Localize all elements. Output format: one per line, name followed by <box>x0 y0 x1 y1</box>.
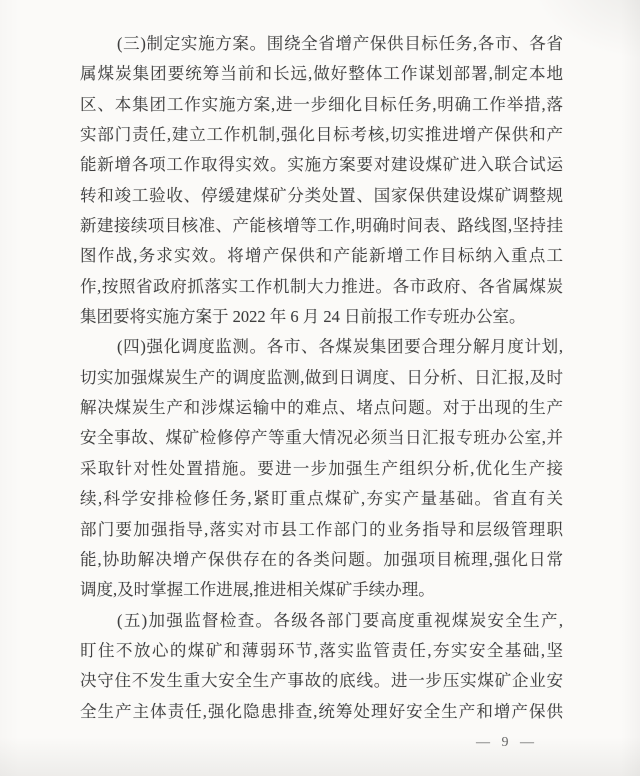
text-line: (三)制定实施方案。围绕全省增产保供目标任务,各市、各省 <box>80 29 563 59</box>
text-line: 能,协助解决增产保供存在的各类问题。加强项目梳理,强化日常 <box>80 545 563 575</box>
text-line: (五)加强监督检查。各级各部门要高度重视煤炭安全生产, <box>80 606 563 636</box>
text-line: 决守住不发生重大安全生产事故的底线。进一步压实煤矿企业安 <box>80 666 563 696</box>
text-line: 调度,及时掌握工作进展,推进相关煤矿手续办理。 <box>80 575 563 605</box>
text-line: 切实加强煤炭生产的调度监测,做到日调度、日分析、日汇报,及时 <box>80 363 563 393</box>
text-line: 部门要加强指导,落实对市县工作部门的业务指导和层级管理职 <box>80 515 563 545</box>
text-line: 属煤炭集团要统筹当前和长远,做好整体工作谋划部署,制定本地 <box>80 59 563 89</box>
page-number: — 9 — <box>476 735 535 750</box>
paragraph-section-5: (五)加强监督检查。各级各部门要高度重视煤炭安全生产,盯住不放心的煤矿和薄弱环节… <box>80 606 563 727</box>
text-line: 图作战,务求实效。将增产保供和产能新增工作目标纳入重点工 <box>80 241 563 271</box>
text-line: 新建接续项目核准、产能核增等工作,明确时间表、路线图,坚持挂 <box>80 211 563 241</box>
text-line: 转和竣工验收、停缓建煤矿分类处置、国家保供建设煤矿调整规模、 <box>80 181 563 211</box>
text-line: 解决煤炭生产和涉煤运输中的难点、堵点问题。对于出现的生产 <box>80 393 563 423</box>
paragraph-section-4: (四)强化调度监测。各市、各煤炭集团要合理分解月度计划,切实加强煤炭生产的调度监… <box>80 332 563 605</box>
text-line: 盯住不放心的煤矿和薄弱环节,落实监管责任,夯实安全基础,坚 <box>80 636 563 666</box>
document-body: (三)制定实施方案。围绕全省增产保供目标任务,各市、各省属煤炭集团要统筹当前和长… <box>80 29 563 727</box>
text-line: 续,科学安排检修任务,紧盯重点煤矿,夯实产量基础。省直有关 <box>80 484 563 514</box>
text-line: 采取针对性处置措施。要进一步加强生产组织分析,优化生产接 <box>80 454 563 484</box>
scanned-document-page: (三)制定实施方案。围绕全省增产保供目标任务,各市、各省属煤炭集团要统筹当前和长… <box>0 0 640 776</box>
text-line: 实部门责任,建立工作机制,强化目标考核,切实推进增产保供和产 <box>80 120 563 150</box>
text-line: 全生产主体责任,强化隐患排查,统筹处理好安全生产和增产保供 <box>80 697 563 727</box>
text-line: (四)强化调度监测。各市、各煤炭集团要合理分解月度计划, <box>80 332 563 362</box>
text-line: 安全事故、煤矿检修停产等重大情况必须当日汇报专班办公室,并 <box>80 423 563 453</box>
text-line: 集团要将实施方案于 2022 年 6 月 24 日前报工作专班办公室。 <box>80 302 563 332</box>
page-footer: — 9 — <box>0 733 535 751</box>
text-line: 能新增各项工作取得实效。实施方案要对建设煤矿进入联合试运 <box>80 150 563 180</box>
paragraph-section-3: (三)制定实施方案。围绕全省增产保供目标任务,各市、各省属煤炭集团要统筹当前和长… <box>80 29 563 332</box>
text-line: 作,按照省政府抓落实工作机制大力推进。各市政府、各省属煤炭 <box>80 272 563 302</box>
text-line: 区、本集团工作实施方案,进一步细化目标任务,明确工作举措,落 <box>80 90 563 120</box>
